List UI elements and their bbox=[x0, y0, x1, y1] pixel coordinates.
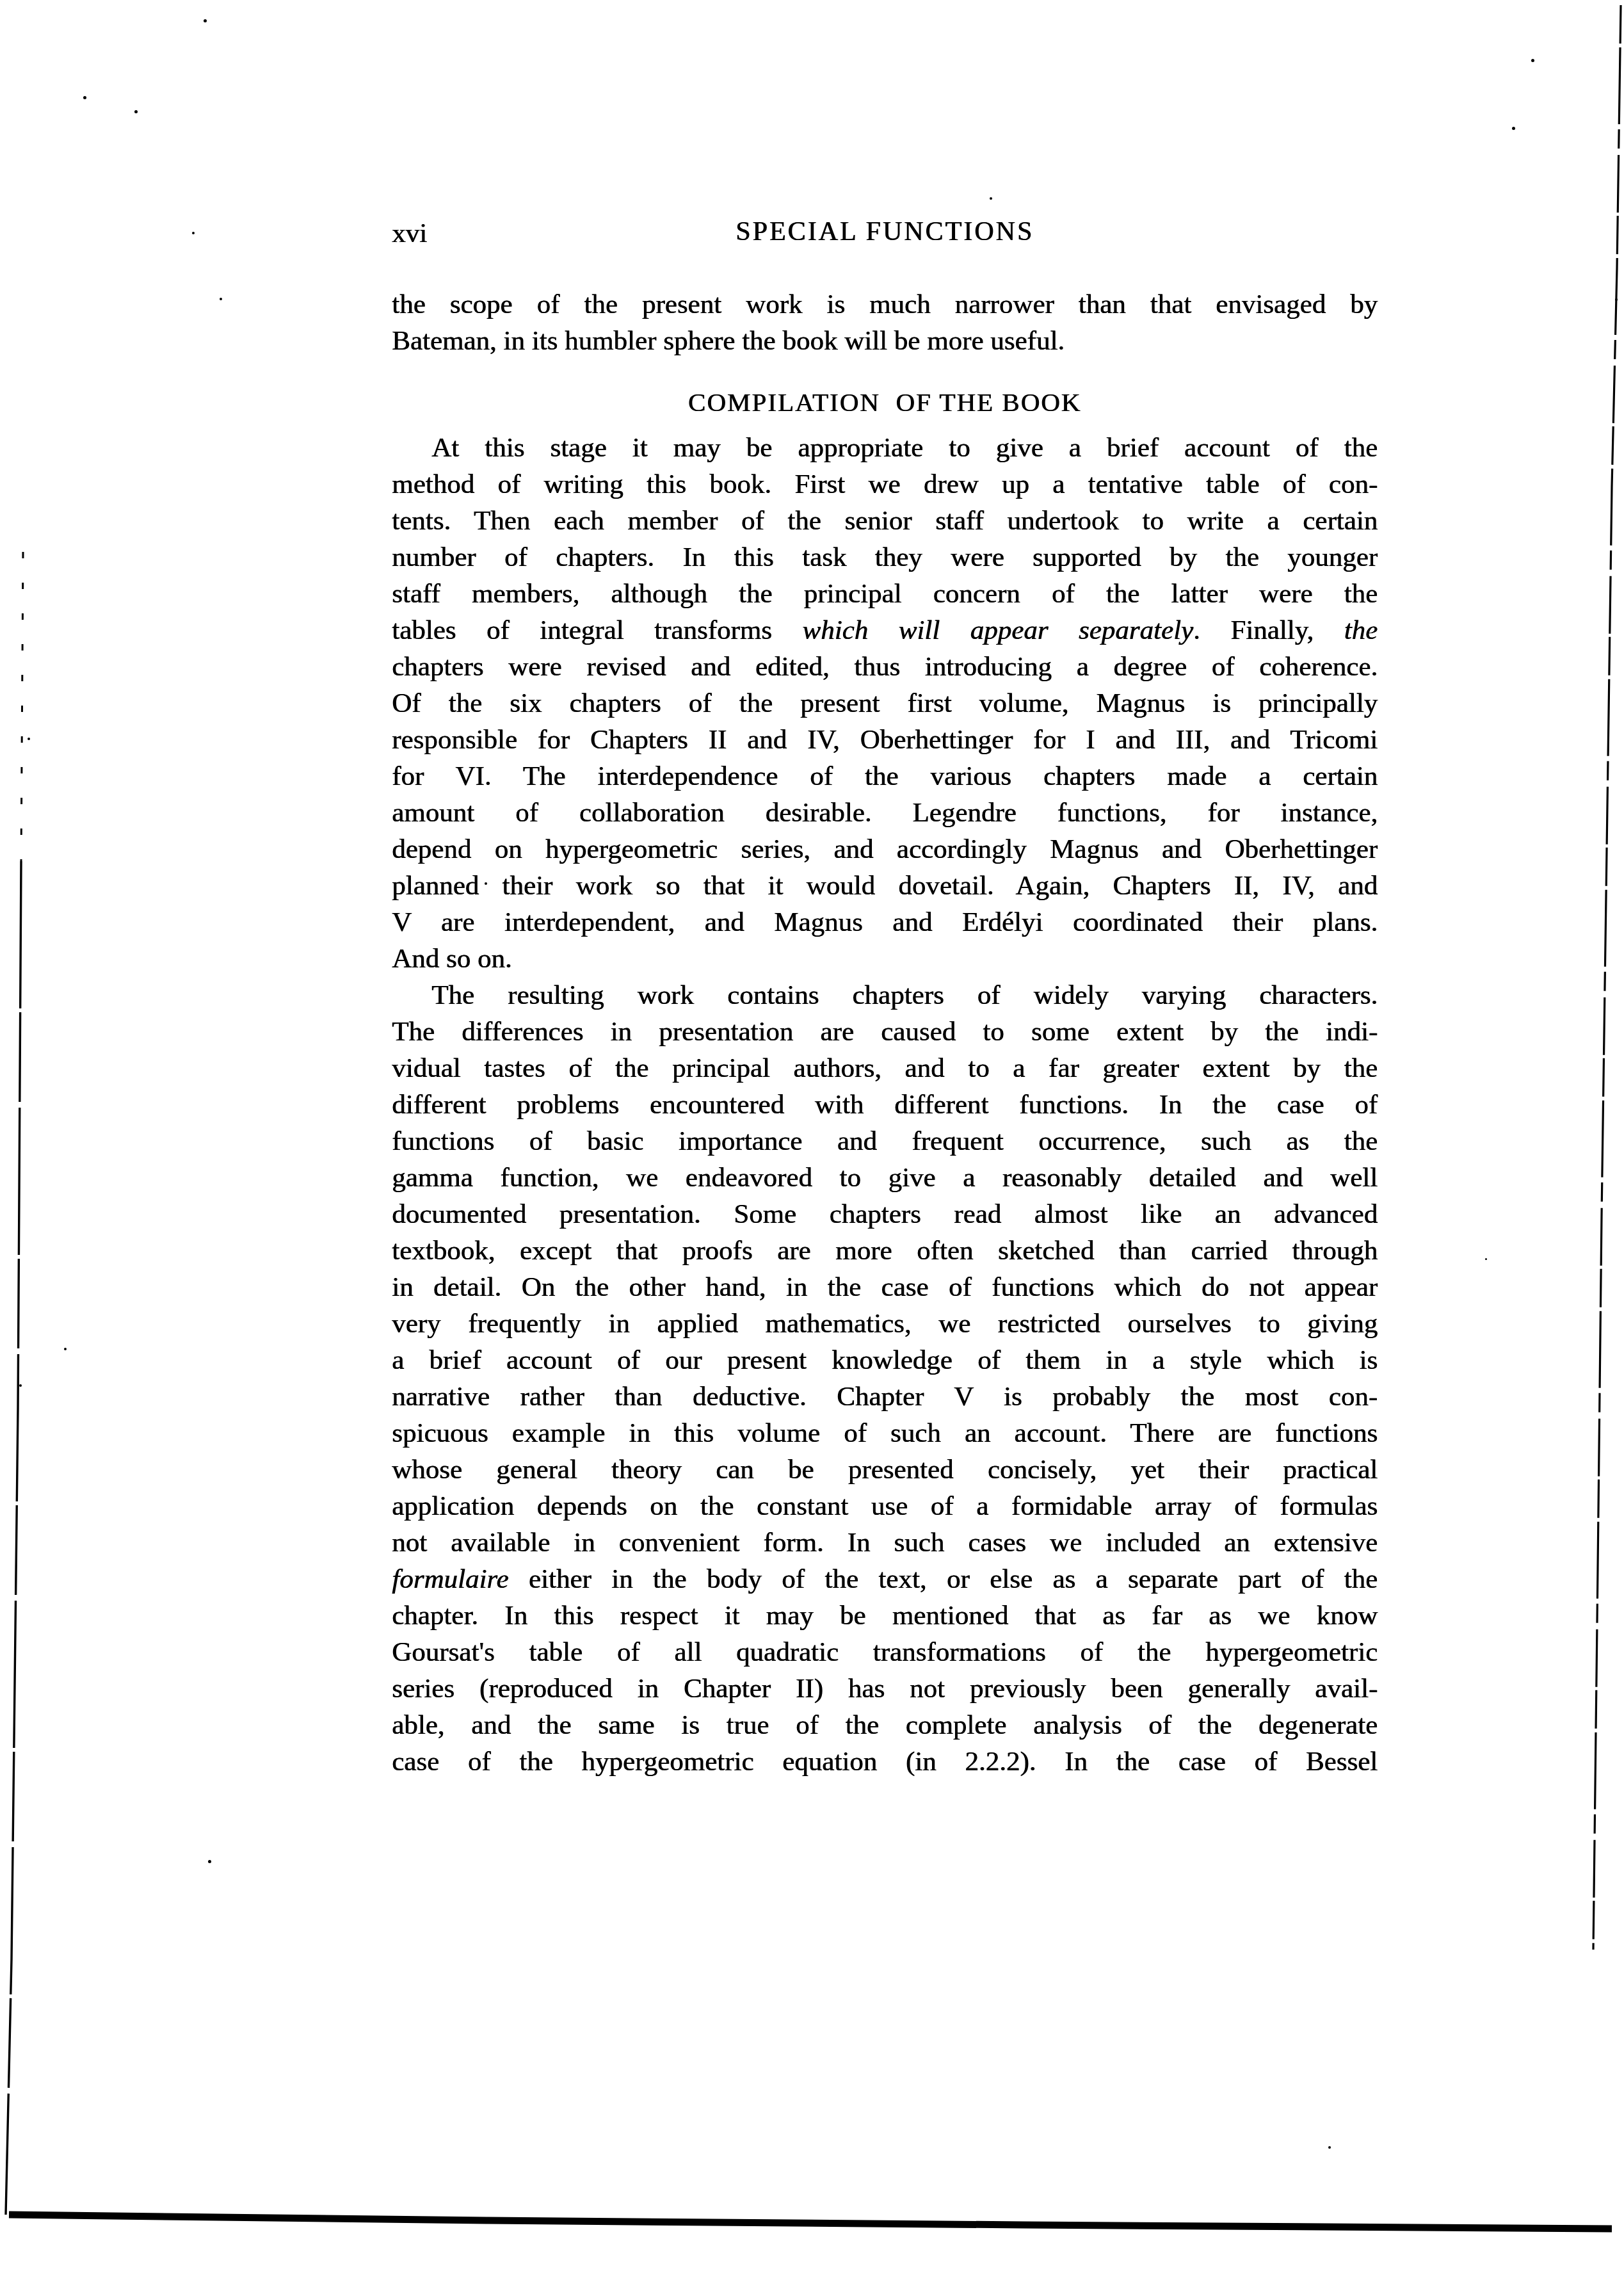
text-line: spicuous example in this volume of such … bbox=[392, 1415, 1378, 1451]
paragraph: At this stage it may be appropriate to g… bbox=[392, 430, 1378, 977]
text-segment: very frequently in applied mathematics, … bbox=[392, 1309, 1378, 1339]
text-line: The differences in presentation are caus… bbox=[392, 1014, 1378, 1050]
text-line: application depends on the constant use … bbox=[392, 1488, 1378, 1524]
text-line: different problems encountered with diff… bbox=[392, 1087, 1378, 1123]
text-line: The resulting work contains chapters of … bbox=[392, 977, 1378, 1014]
scan-artifact-right-edge-line bbox=[1593, 5, 1621, 1950]
text-segment: amount of collaboration desirable. Legen… bbox=[392, 798, 1378, 828]
text-line: very frequently in applied mathematics, … bbox=[392, 1305, 1378, 1342]
text-segment: application depends on the constant use … bbox=[392, 1491, 1378, 1521]
scan-speck bbox=[220, 298, 222, 300]
text-line: textbook, except that proofs are more of… bbox=[392, 1232, 1378, 1269]
text-segment: V are interdependent, and Magnus and Erd… bbox=[392, 907, 1378, 937]
scan-speck bbox=[1512, 127, 1515, 130]
text-segment: responsible for Chapters II and IV, Ober… bbox=[392, 725, 1378, 755]
text-segment: not available in convenient form. In suc… bbox=[392, 1528, 1378, 1558]
scan-speck bbox=[28, 738, 30, 740]
text-segment: The resulting work contains chapters of … bbox=[431, 980, 1378, 1010]
italic-text-segment: the bbox=[1344, 615, 1378, 645]
scan-speck bbox=[83, 96, 86, 99]
text-segment: for VI. The interdependence of the vario… bbox=[392, 761, 1378, 791]
text-segment: Of the six chapters of the present first… bbox=[392, 688, 1378, 718]
text-segment: the scope of the present work is much na… bbox=[392, 289, 1378, 319]
text-line: able, and the same is true of the comple… bbox=[392, 1707, 1378, 1743]
text-line: case of the hypergeometric equation (in … bbox=[392, 1743, 1378, 1780]
text-line: formulaire either in the body of the tex… bbox=[392, 1561, 1378, 1597]
scan-speck bbox=[1531, 59, 1534, 62]
text-segment: depend on hypergeometric series, and acc… bbox=[392, 834, 1378, 864]
text-segment: tables of integral transforms bbox=[392, 615, 802, 645]
text-line: Of the six chapters of the present first… bbox=[392, 685, 1378, 722]
text-segment: either in the body of the text, or else … bbox=[508, 1564, 1378, 1594]
text-segment: chapter. In this respect it may be menti… bbox=[392, 1601, 1378, 1631]
text-line: the scope of the present work is much na… bbox=[392, 286, 1378, 323]
text-line: And so on. bbox=[392, 941, 1378, 977]
text-line: At this stage it may be appropriate to g… bbox=[392, 430, 1378, 466]
paragraph: The resulting work contains chapters of … bbox=[392, 977, 1378, 1780]
text-line: chapters were revised and edited, thus i… bbox=[392, 649, 1378, 685]
scan-speck bbox=[1615, 298, 1618, 301]
text-line: planned their work so that it would dove… bbox=[392, 868, 1378, 904]
text-segment: chapters were revised and edited, thus i… bbox=[392, 652, 1378, 682]
text-segment: different problems encountered with diff… bbox=[392, 1090, 1378, 1120]
text-line: series (reproduced in Chapter II) has no… bbox=[392, 1670, 1378, 1707]
text-segment: textbook, except that proofs are more of… bbox=[392, 1236, 1378, 1266]
text-segment: functions of basic importance and freque… bbox=[392, 1126, 1378, 1156]
text-line: documented presentation. Some chapters r… bbox=[392, 1196, 1378, 1232]
scan-speck bbox=[204, 19, 207, 22]
text-segment: And so on. bbox=[392, 944, 512, 974]
text-line: amount of collaboration desirable. Legen… bbox=[392, 795, 1378, 831]
scan-speck bbox=[1485, 1258, 1487, 1260]
text-segment: gamma function, we endeavored to give a … bbox=[392, 1163, 1378, 1193]
text-line: not available in convenient form. In suc… bbox=[392, 1524, 1378, 1561]
text-line: functions of basic importance and freque… bbox=[392, 1123, 1378, 1160]
text-line: depend on hypergeometric series, and acc… bbox=[392, 831, 1378, 868]
scan-speck bbox=[192, 232, 195, 234]
text-line: number of chapters. In this task they we… bbox=[392, 539, 1378, 576]
text-segment: The differences in presentation are caus… bbox=[392, 1017, 1378, 1047]
text-segment: vidual tastes of the principal authors, … bbox=[392, 1053, 1378, 1083]
text-line: Bateman, in its humbler sphere the book … bbox=[392, 323, 1378, 359]
text-segment: able, and the same is true of the comple… bbox=[392, 1710, 1378, 1740]
text-segment: tents. Then each member of the senior st… bbox=[392, 506, 1378, 536]
text-line: tables of integral transforms which will… bbox=[392, 612, 1378, 649]
text-line: chapter. In this respect it may be menti… bbox=[392, 1597, 1378, 1634]
text-line: gamma function, we endeavored to give a … bbox=[392, 1160, 1378, 1196]
text-segment: Bateman, in its humbler sphere the book … bbox=[392, 326, 1065, 356]
text-segment: staff members, although the principal co… bbox=[392, 579, 1378, 609]
text-segment: series (reproduced in Chapter II) has no… bbox=[392, 1674, 1378, 1704]
intro-paragraph: the scope of the present work is much na… bbox=[392, 286, 1378, 359]
scan-speck bbox=[64, 1348, 67, 1350]
scan-speck bbox=[1328, 2146, 1331, 2149]
scan-speck bbox=[990, 197, 992, 200]
section-heading: COMPILATION OF THE BOOK bbox=[392, 384, 1378, 421]
text-line: whose general theory can be presented co… bbox=[392, 1451, 1378, 1488]
text-line: for VI. The interdependence of the vario… bbox=[392, 758, 1378, 795]
text-segment: . Finally, bbox=[1193, 615, 1344, 645]
scanned-book-page: xvi SPECIAL FUNCTIONS the scope of the p… bbox=[0, 0, 1624, 2271]
text-line: method of writing this book. First we dr… bbox=[392, 466, 1378, 503]
running-head-title: SPECIAL FUNCTIONS bbox=[392, 214, 1378, 250]
text-line: staff members, although the principal co… bbox=[392, 576, 1378, 612]
text-line: narrative rather than deductive. Chapter… bbox=[392, 1378, 1378, 1415]
text-segment: planned their work so that it would dove… bbox=[392, 871, 1378, 901]
text-segment: in detail. On the other hand, in the cas… bbox=[392, 1272, 1378, 1302]
text-line: Goursat's table of all quadratic transfo… bbox=[392, 1634, 1378, 1670]
scan-speck bbox=[485, 882, 487, 885]
text-segment: case of the hypergeometric equation (in … bbox=[392, 1747, 1378, 1777]
text-segment: documented presentation. Some chapters r… bbox=[392, 1199, 1378, 1229]
scan-artifact-bottom-edge-bar bbox=[9, 2215, 1612, 2229]
scan-speck bbox=[134, 110, 138, 113]
text-segment: whose general theory can be presented co… bbox=[392, 1455, 1378, 1485]
italic-text-segment: formulaire bbox=[392, 1564, 508, 1594]
scan-artifact-left-edge-dashes bbox=[21, 552, 23, 861]
text-line: a brief account of our present knowledge… bbox=[392, 1342, 1378, 1378]
body-text-column: At this stage it may be appropriate to g… bbox=[392, 430, 1378, 1780]
text-line: responsible for Chapters II and IV, Ober… bbox=[392, 722, 1378, 758]
text-segment: number of chapters. In this task they we… bbox=[392, 542, 1378, 572]
text-segment: spicuous example in this volume of such … bbox=[392, 1418, 1378, 1448]
text-segment: method of writing this book. First we dr… bbox=[392, 469, 1378, 499]
text-line: vidual tastes of the principal authors, … bbox=[392, 1050, 1378, 1087]
text-line: tents. Then each member of the senior st… bbox=[392, 503, 1378, 539]
italic-text-segment: which will appear separately bbox=[802, 615, 1193, 645]
text-segment: At this stage it may be appropriate to g… bbox=[431, 433, 1378, 463]
text-segment: a brief account of our present knowledge… bbox=[392, 1345, 1378, 1375]
scan-speck bbox=[19, 1384, 22, 1387]
text-segment: Goursat's table of all quadratic transfo… bbox=[392, 1637, 1378, 1667]
text-line: V are interdependent, and Magnus and Erd… bbox=[392, 904, 1378, 941]
scan-speck bbox=[208, 1860, 211, 1863]
text-segment: narrative rather than deductive. Chapter… bbox=[392, 1382, 1378, 1412]
scan-artifact-left-edge-line bbox=[6, 861, 21, 2215]
text-line: in detail. On the other hand, in the cas… bbox=[392, 1269, 1378, 1305]
